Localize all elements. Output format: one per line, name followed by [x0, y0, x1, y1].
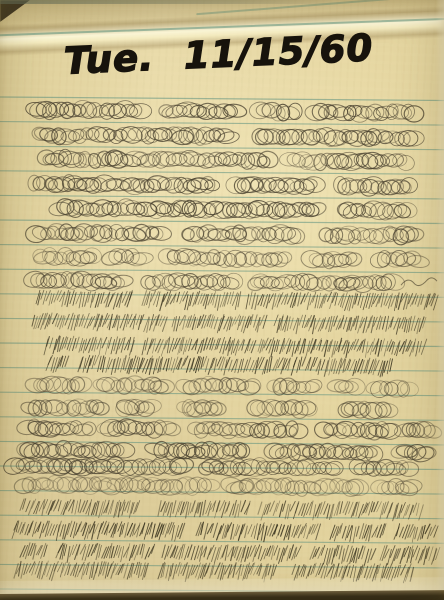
notebook-page: Tue. 11/15/60 — [0, 0, 444, 600]
page-right-edge-highlight — [436, 0, 444, 600]
ruled-lines-and-scribbled-out-text — [0, 0, 444, 600]
